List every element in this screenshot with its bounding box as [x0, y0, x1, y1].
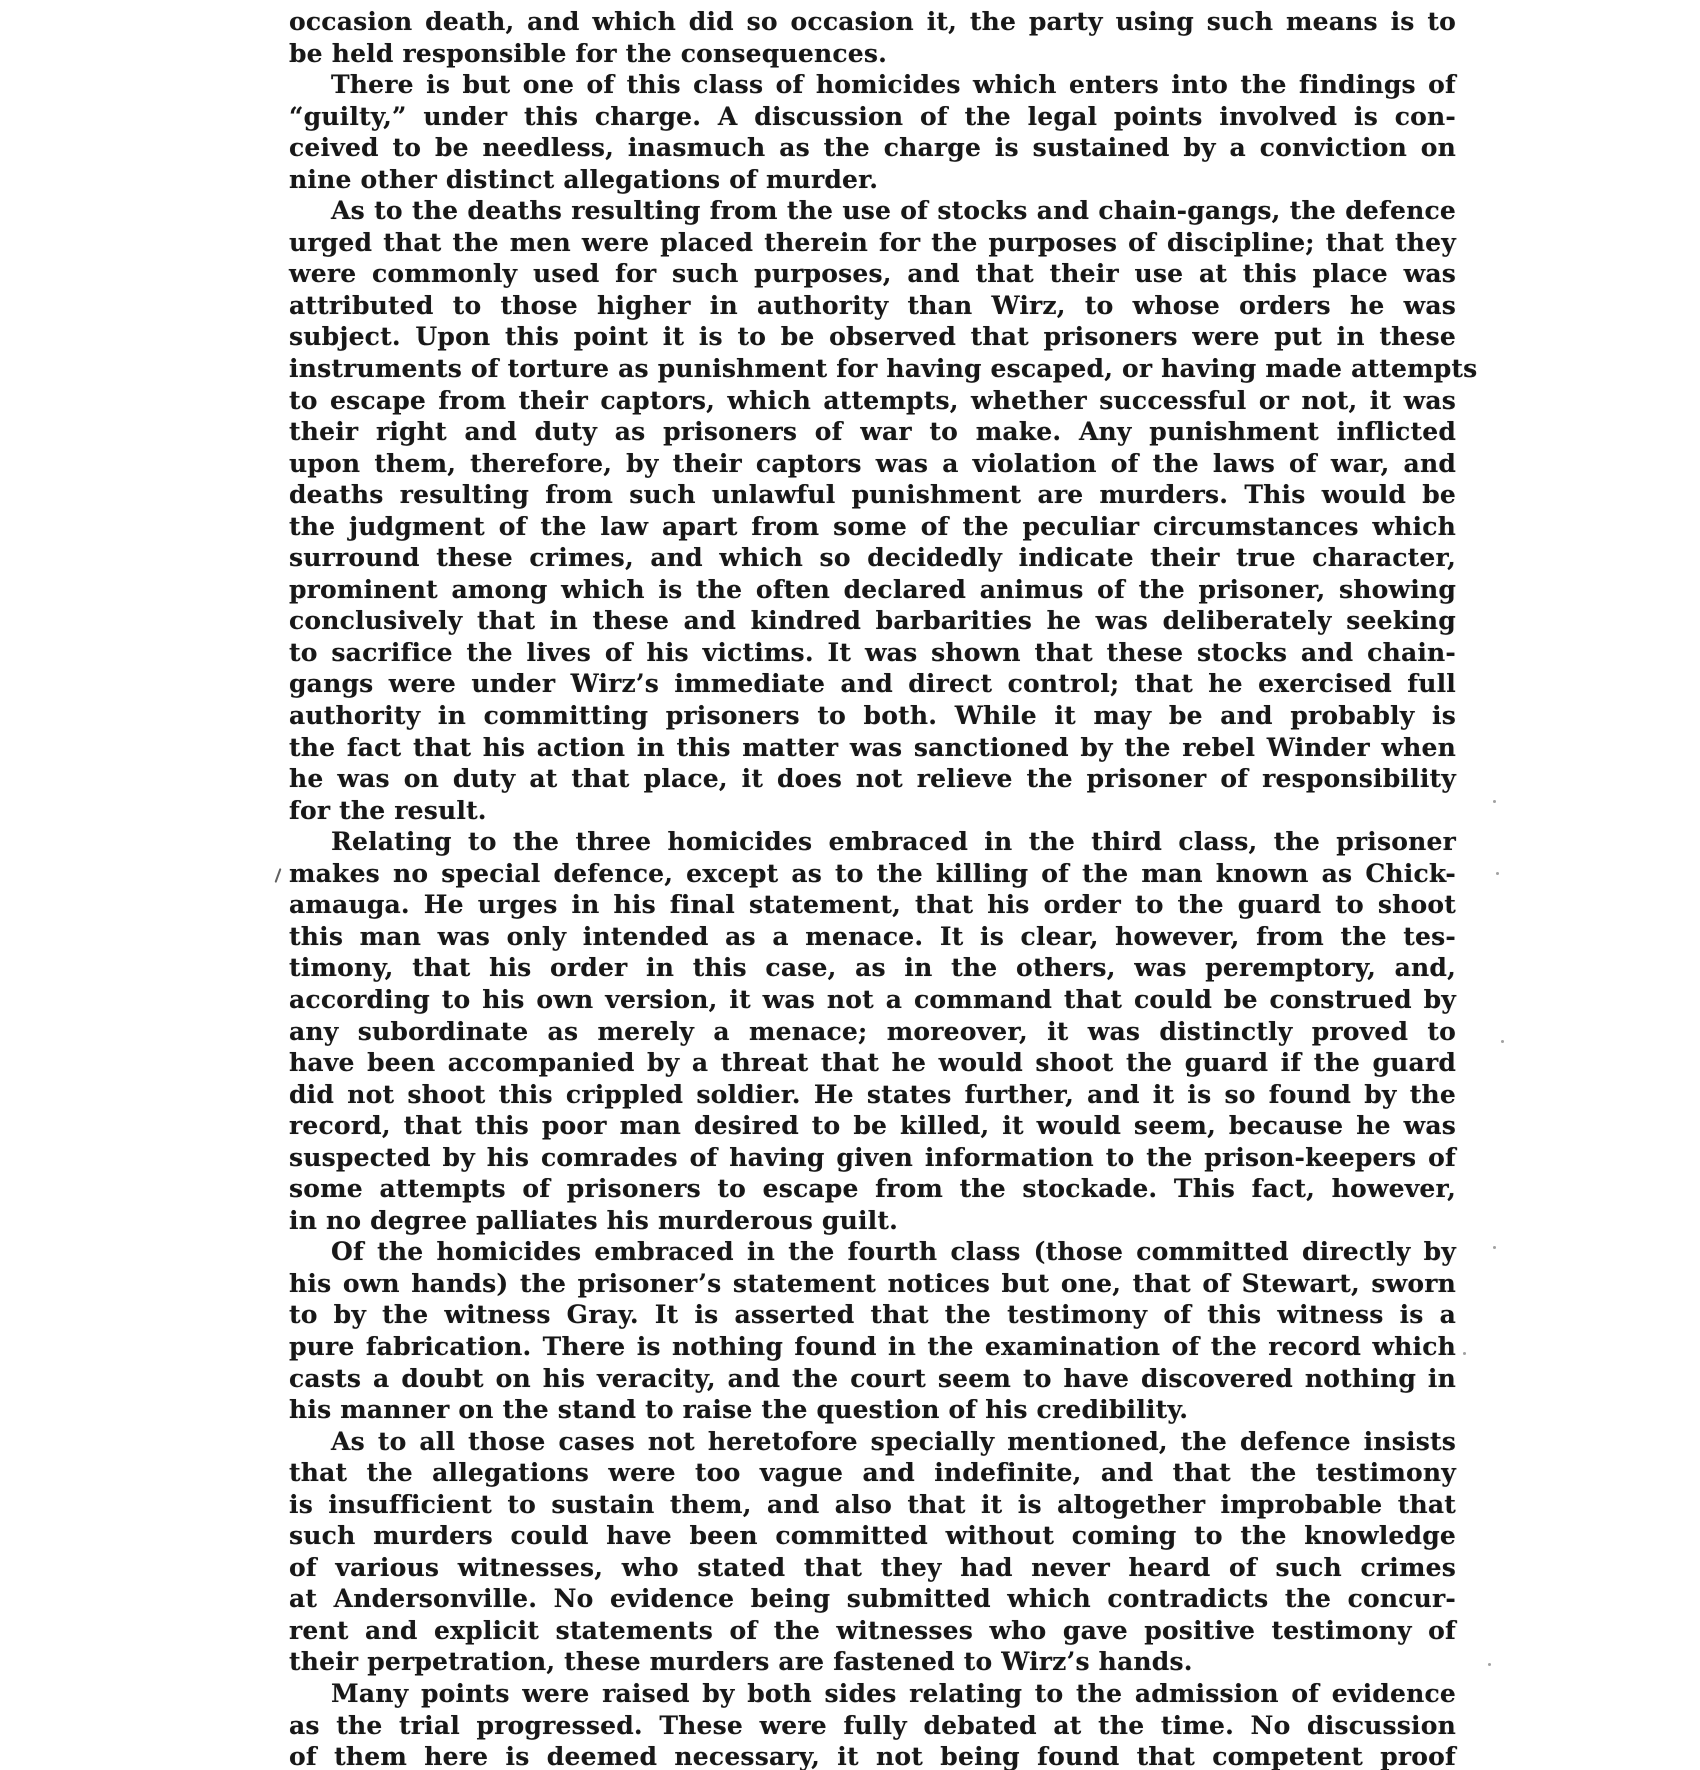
text-line: makes no special defence, except as to t… — [289, 858, 1456, 890]
text-line: Of the homicides embraced in the fourth … — [289, 1236, 1456, 1268]
text-line: to by the witness Gray. It is asserted t… — [289, 1299, 1456, 1331]
text-line: as the trial progressed. These were full… — [289, 1710, 1456, 1742]
text-line: record, that this poor man desired to be… — [289, 1110, 1456, 1142]
text-line: their perpetration, these murders are fa… — [289, 1646, 1456, 1678]
text-line: Relating to the three homicides embraced… — [289, 826, 1456, 858]
text-line: attributed to those higher in authority … — [289, 290, 1456, 322]
text-line: some attempts of prisoners to escape fro… — [289, 1173, 1456, 1205]
text-line: is insufficient to sustain them, and als… — [289, 1489, 1456, 1521]
text-line: did not shoot this crippled soldier. He … — [289, 1079, 1456, 1111]
text-line: to sacrifice the lives of his victims. I… — [289, 637, 1456, 669]
text-line: There is but one of this class of homici… — [289, 69, 1456, 101]
scan-speck — [1501, 1040, 1504, 1043]
text-line: pure fabrication. There is nothing found… — [289, 1331, 1456, 1363]
scan-speck — [1493, 800, 1496, 803]
text-line: As to all those cases not heretofore spe… — [289, 1426, 1456, 1458]
text-block: occasion death, and which did so occasio… — [289, 6, 1456, 1770]
text-line: such murders could have been committed w… — [289, 1520, 1456, 1552]
text-line: the fact that his action in this matter … — [289, 732, 1456, 764]
text-line: according to his own version, it was not… — [289, 984, 1456, 1016]
text-line: prominent among which is the often decla… — [289, 574, 1456, 606]
scan-speck — [1463, 1352, 1466, 1355]
text-line: gangs were under Wirz’s immediate and di… — [289, 668, 1456, 700]
text-line: amauga. He urges in his final statement,… — [289, 889, 1456, 921]
scan-stray-mark — [274, 868, 281, 883]
text-line: be held responsible for the consequences… — [289, 38, 1456, 70]
text-line: rent and explicit statements of the witn… — [289, 1615, 1456, 1647]
text-line: casts a doubt on his veracity, and the c… — [289, 1363, 1456, 1395]
text-line: nine other distinct allegations of murde… — [289, 164, 1456, 196]
scan-speck — [1488, 1663, 1491, 1666]
text-line: upon them, therefore, by their captors w… — [289, 448, 1456, 480]
text-line: “guilty,” under this charge. A discussio… — [289, 101, 1456, 133]
text-line: urged that the men were placed therein f… — [289, 227, 1456, 259]
text-line: ceived to be needless, inasmuch as the c… — [289, 132, 1456, 164]
text-line: instruments of torture as punishment for… — [289, 353, 1456, 385]
text-line: As to the deaths resulting from the use … — [289, 195, 1456, 227]
text-line: their right and duty as prisoners of war… — [289, 416, 1456, 448]
text-line: authority in committing prisoners to bot… — [289, 700, 1456, 732]
text-line: of them here is deemed necessary, it not… — [289, 1741, 1456, 1770]
text-line: conclusively that in these and kindred b… — [289, 605, 1456, 637]
text-line: this man was only intended as a menace. … — [289, 921, 1456, 953]
text-line: at Andersonville. No evidence being subm… — [289, 1583, 1456, 1615]
text-line: of various witnesses, who stated that th… — [289, 1552, 1456, 1584]
text-line: in no degree palliates his murderous gui… — [289, 1205, 1456, 1237]
text-line: to escape from their captors, which atte… — [289, 385, 1456, 417]
scan-speck — [1496, 872, 1499, 875]
text-line: have been accompanied by a threat that h… — [289, 1047, 1456, 1079]
text-line: his manner on the stand to raise the que… — [289, 1394, 1456, 1426]
text-line: for the result. — [289, 795, 1456, 827]
text-line: he was on duty at that place, it does no… — [289, 763, 1456, 795]
text-line: Many points were raised by both sides re… — [289, 1678, 1456, 1710]
text-line: surround these crimes, and which so deci… — [289, 542, 1456, 574]
text-line: his own hands) the prisoner’s statement … — [289, 1268, 1456, 1300]
text-line: the judgment of the law apart from some … — [289, 511, 1456, 543]
text-line: deaths resulting from such unlawful puni… — [289, 479, 1456, 511]
scanned-document-page: occasion death, and which did so occasio… — [0, 0, 1700, 1770]
text-line: any subordinate as merely a menace; more… — [289, 1016, 1456, 1048]
scan-speck — [1493, 1246, 1496, 1249]
text-line: timony, that his order in this case, as … — [289, 952, 1456, 984]
text-line: suspected by his comrades of having give… — [289, 1142, 1456, 1174]
text-line: subject. Upon this point it is to be obs… — [289, 321, 1456, 353]
text-line: that the allegations were too vague and … — [289, 1457, 1456, 1489]
text-line: occasion death, and which did so occasio… — [289, 6, 1456, 38]
text-line: were commonly used for such purposes, an… — [289, 258, 1456, 290]
